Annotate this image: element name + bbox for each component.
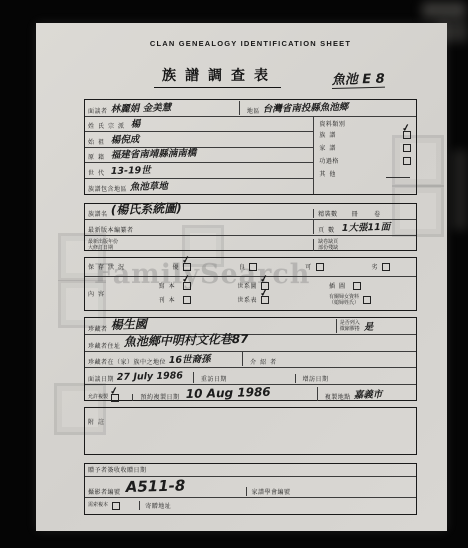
- row-dates: 面談日期 27 July 1986 重訪日期 增訪日期: [85, 368, 416, 385]
- good-label: 良: [239, 262, 246, 271]
- row-condition: 保存狀況 優 ✓ 良 可 劣: [85, 258, 416, 277]
- address-label: 珍藏者住址: [88, 341, 121, 350]
- condition-poor: 劣: [371, 262, 389, 271]
- publication-label: 最新出版年份 大修訂日期: [88, 239, 118, 251]
- missing-cell: 缺卷缺頁 部份殘缺: [313, 239, 413, 251]
- compiler-label: 最新版本編纂者: [88, 225, 134, 234]
- title-row: 族譜調查表 魚池 E 8: [84, 65, 417, 89]
- basic-main: 姓氏宗派 楊 始祖 楊倪成 原籍 福建省南靖縣湳南橋 世代 13-19世: [85, 117, 416, 194]
- zupu-checkbox: ✓: [403, 131, 410, 138]
- contents-options: 寫本 ✓ 世系圖 ✓ 插圖 刊本: [159, 281, 413, 306]
- copy-place-label: 複製地點: [325, 392, 351, 401]
- area-label: 地區: [247, 106, 260, 115]
- photographer-cell: 攝影者編號 A511-8: [88, 478, 243, 496]
- jiapu-label: 家譜: [319, 143, 339, 152]
- checkbox-box: [403, 144, 411, 152]
- book-title-cell: 族譜名 (楊氏系統圖): [88, 201, 310, 218]
- condition-options: 優 ✓ 良 可 劣: [159, 262, 413, 271]
- needcopy-checkbox: [112, 502, 119, 509]
- printed-checkbox: [183, 296, 190, 303]
- interviewer-cell: 面談者 林麗娟 金美慧: [88, 101, 240, 115]
- notes-label: 附註: [88, 420, 108, 426]
- pages-label: 頁數: [318, 225, 338, 234]
- printed-label: 刊本: [159, 295, 179, 304]
- checkbox-box: [183, 296, 191, 304]
- row-generations: 世代 13-19世: [85, 163, 313, 178]
- position-value: 16世裔孫: [169, 351, 211, 366]
- contents-label: 內容: [88, 289, 156, 298]
- area-cell: 地區 台灣省南投縣魚池鄉: [243, 101, 413, 115]
- surname-value: 楊: [131, 116, 141, 130]
- zupu-label: 族譜: [319, 130, 339, 139]
- women-data-label-line2: （媳婦姓氏）: [329, 300, 359, 306]
- interviewer-value: 林麗娟 金美慧: [110, 99, 171, 115]
- photographer-label: 攝影者編號: [88, 487, 121, 496]
- copy-place-cell: 複製地點 嘉義市: [321, 387, 413, 401]
- missing-label: 缺卷缺頁 部份殘缺: [318, 239, 338, 251]
- row-photographer: 攝影者編號 A511-8 家譜學會編號: [85, 477, 416, 498]
- jiapu-checkbox: [403, 144, 410, 151]
- mailing-cell: 寄贈地址: [139, 501, 413, 510]
- book-title-label: 族譜名: [88, 209, 108, 218]
- condition-excellent: 優 ✓: [173, 262, 191, 271]
- generations-label: 世代: [88, 168, 108, 177]
- pages-cell: 頁數 1大張11面: [313, 220, 413, 234]
- revisit-date-label: 重訪日期: [201, 374, 227, 383]
- missing-partial-label: 部份殘缺: [318, 245, 338, 251]
- checkbox-box: [403, 157, 411, 165]
- publication-cell: 最新出版年份 大修訂日期: [88, 239, 310, 251]
- paper-sheet: FamilySearch CLAN GENEALOGY IDENTIFICATI…: [36, 23, 447, 531]
- listed-label-line2: 微縮膠捲: [340, 326, 360, 332]
- poor-checkbox: [382, 263, 389, 270]
- area-value: 台灣省南投縣魚池鄉: [262, 99, 348, 115]
- origin-label: 原籍: [88, 152, 108, 161]
- addvisit-date-cell: 增訪日期: [299, 374, 414, 383]
- scan-smudge: [452, 150, 468, 230]
- scan-smudge: [422, 2, 466, 18]
- checkbox-box: [382, 263, 390, 271]
- binding-unit-ce: 冊: [352, 209, 359, 218]
- page-code-handwritten: 魚池 E 8: [331, 68, 384, 89]
- copy-date-value: 10 Aug 1986: [185, 385, 270, 401]
- first-ancestor-label: 始祖: [88, 137, 108, 146]
- compiler-cell: 最新版本編纂者: [88, 225, 310, 234]
- society-cell: 家譜學會編號: [246, 487, 413, 496]
- basic-info-table: 面談者 林麗娟 金美慧 地區 台灣省南投縣魚池鄉 姓氏宗派 楊 始祖 楊倪成: [84, 99, 417, 195]
- condition-fair: 可: [305, 262, 323, 271]
- content-pedigree-table: 世系表 ✓: [237, 294, 329, 306]
- content-illustrations: 插圖: [329, 281, 413, 290]
- checkmark: ✓: [259, 273, 269, 285]
- category-column: 資料類別 族譜 ✓ 家譜 功過格 其他: [313, 117, 416, 194]
- category-option-gongguoge: 功過格: [319, 154, 410, 167]
- checkmark: ✓: [401, 122, 411, 134]
- category-option-other: 其他: [319, 167, 410, 180]
- content-manuscript: 寫本 ✓: [159, 281, 238, 290]
- permit-label: 允許複製: [88, 394, 108, 400]
- row-interviewer-area: 面談者 林麗娟 金美慧 地區 台灣省南投縣魚池鄉: [85, 100, 416, 117]
- binding-label: 精裝數: [318, 209, 338, 218]
- condition-label: 保存狀況: [88, 262, 156, 271]
- book-title-value: (楊氏系統圖): [110, 199, 181, 218]
- scanned-genealogy-sheet: { "watermark": { "text": "FamilySearch" …: [0, 0, 468, 548]
- introducer-label: 介紹者: [250, 357, 280, 366]
- excellent-label: 優: [173, 262, 180, 271]
- other-label: 其他: [319, 169, 339, 178]
- generations-value: 13-19世: [111, 162, 151, 177]
- permit-cell: 允許複製 ✓: [88, 394, 133, 401]
- category-option-jiapu: 家譜: [319, 141, 410, 154]
- coverage-value: 魚池草地: [130, 178, 168, 193]
- checkmark: ✓: [259, 287, 269, 299]
- interview-date-cell: 面談日期 27 July 1986: [88, 372, 194, 383]
- row-position: 珍藏者在（家）族中之地位 16世裔孫 介紹者: [85, 352, 416, 369]
- surname-label: 姓氏宗派: [88, 121, 128, 130]
- owner-label: 珍藏者: [88, 324, 108, 333]
- row-coverage: 族譜包含地區 魚池草地: [85, 179, 313, 194]
- row-origin: 原籍 福建省南靖縣湳南橋: [85, 148, 313, 163]
- revisit-date-cell: 重訪日期: [197, 374, 296, 383]
- listed-label: 是否列入 微縮膠捲: [340, 320, 360, 332]
- pub-revision-label: 大修訂日期: [88, 245, 118, 251]
- listed-cell: 是否列入 微縮膠捲 是: [336, 319, 413, 333]
- book-info-table: 族譜名 (楊氏系統圖) 精裝數 冊 卷 最新版本編纂者 頁數 1大張11面: [84, 203, 417, 251]
- row-surname: 姓氏宗派 楊: [85, 117, 313, 132]
- poor-label: 劣: [371, 262, 378, 271]
- needcopy-cell: 需索複本: [88, 502, 136, 509]
- row-contents: 內容 寫本 ✓ 世系圖 ✓ 插圖 刊本: [85, 277, 416, 310]
- row-address: 珍藏者住址 魚池鄉中明村文化巷87: [85, 335, 416, 352]
- pedigree-table-checkbox: ✓: [261, 296, 268, 303]
- introducer-cell: 介紹者: [246, 357, 413, 366]
- permit-checkbox: ✓: [111, 394, 118, 401]
- checkbox-box: [249, 263, 257, 271]
- origin-value: 福建省南靖縣湳南橋: [111, 145, 197, 161]
- copy-date-cell: 預約複製日期 10 Aug 1986: [136, 387, 317, 401]
- fair-label: 可: [305, 262, 312, 271]
- pages-value: 1大張11面: [342, 219, 391, 234]
- excellent-checkbox: ✓: [183, 263, 190, 270]
- owner-value: 楊生國: [110, 315, 146, 333]
- interview-date-value: 27 July 1986: [117, 370, 183, 383]
- page-title: 族譜調查表: [154, 65, 281, 88]
- notes-box: 附註: [84, 407, 417, 455]
- illustrations-checkbox: [353, 282, 360, 289]
- row-publication: 最新出版年份 大修訂日期 缺卷缺頁 部份殘缺: [85, 236, 416, 252]
- category-option-zupu: 族譜 ✓: [319, 128, 410, 141]
- copy-place-value: 嘉義市: [353, 386, 382, 401]
- pedigree-table-label: 世系表: [237, 295, 257, 304]
- mailing-label: 寄贈地址: [145, 501, 171, 510]
- english-title: CLAN GENEALOGY IDENTIFICATION SHEET: [84, 39, 417, 48]
- manuscript-checkbox: ✓: [183, 282, 190, 289]
- admin-box: 贈予者簽收收贈日期 攝影者編號 A511-8 家譜學會編號 需索複本: [84, 463, 417, 515]
- row-donor: 贈予者簽收收贈日期: [85, 464, 416, 477]
- coverage-label: 族譜包含地區: [88, 184, 127, 193]
- good-checkbox: [249, 263, 256, 270]
- category-label: 資料類別: [319, 119, 410, 128]
- content-printed: 刊本: [159, 294, 238, 306]
- row-copy: 允許複製 ✓ 預約複製日期 10 Aug 1986 複製地點 嘉義市: [85, 385, 416, 402]
- donor-label: 贈予者簽收收贈日期: [88, 465, 147, 474]
- binding-cell: 精裝數 冊 卷: [313, 209, 413, 218]
- interview-date-label: 面談日期: [88, 374, 114, 383]
- copy-date-label: 預約複製日期: [140, 392, 179, 401]
- illustrations-label: 插圖: [329, 281, 349, 290]
- manuscript-label: 寫本: [159, 281, 179, 290]
- content-pedigree-chart: 世系圖 ✓: [237, 281, 329, 290]
- content-women-data: 有關婦女資料 （媳婦姓氏）: [329, 294, 413, 306]
- gongguoge-checkbox: [403, 157, 410, 164]
- fair-checkbox: [316, 263, 323, 270]
- addvisit-date-label: 增訪日期: [303, 374, 329, 383]
- address-value: 魚池鄉中明村文化巷87: [123, 329, 248, 349]
- checkbox-box: [363, 296, 371, 304]
- checkbox-box: [112, 502, 120, 510]
- basic-left-column: 姓氏宗派 楊 始祖 楊倪成 原籍 福建省南靖縣湳南橋 世代 13-19世: [85, 117, 313, 194]
- women-data-label: 有關婦女資料 （媳婦姓氏）: [329, 294, 359, 306]
- gongguoge-label: 功過格: [319, 156, 339, 165]
- condition-good: 良: [239, 262, 257, 271]
- society-label: 家譜學會編號: [252, 487, 291, 496]
- checkbox-box: [353, 282, 361, 290]
- binding-unit-juan: 卷: [374, 209, 381, 218]
- position-label: 珍藏者在（家）族中之地位: [88, 357, 166, 366]
- checkmark: ✓: [109, 385, 119, 397]
- row-book-title: 族譜名 (楊氏系統圖) 精裝數 冊 卷: [85, 204, 416, 220]
- first-ancestor-value: 楊倪成: [111, 131, 140, 146]
- interviewer-label: 面談者: [88, 106, 108, 115]
- listed-value: 是: [363, 319, 373, 333]
- row-first-ancestor: 始祖 楊倪成: [85, 132, 313, 147]
- checkmark: ✓: [181, 273, 191, 285]
- checkmark: ✓: [181, 254, 191, 266]
- needcopy-label: 需索複本: [88, 502, 108, 508]
- pedigree-chart-label: 世系圖: [237, 281, 257, 290]
- row-compiler: 最新版本編纂者 頁數 1大張11面: [85, 220, 416, 236]
- condition-table: 保存狀況 優 ✓ 良 可 劣: [84, 257, 417, 311]
- position-cell: 珍藏者在（家）族中之地位 16世裔孫: [88, 352, 243, 366]
- checkbox-box: [316, 263, 324, 271]
- other-blank-line: [386, 170, 410, 178]
- row-mailing: 需索複本 寄贈地址: [85, 498, 416, 513]
- owner-table: 珍藏者 楊生國 是否列入 微縮膠捲 是 珍藏者住址 魚池鄉中明村文化巷87 珍藏…: [84, 317, 417, 401]
- photographer-value: A511-8: [125, 476, 185, 496]
- women-data-checkbox: [363, 296, 370, 303]
